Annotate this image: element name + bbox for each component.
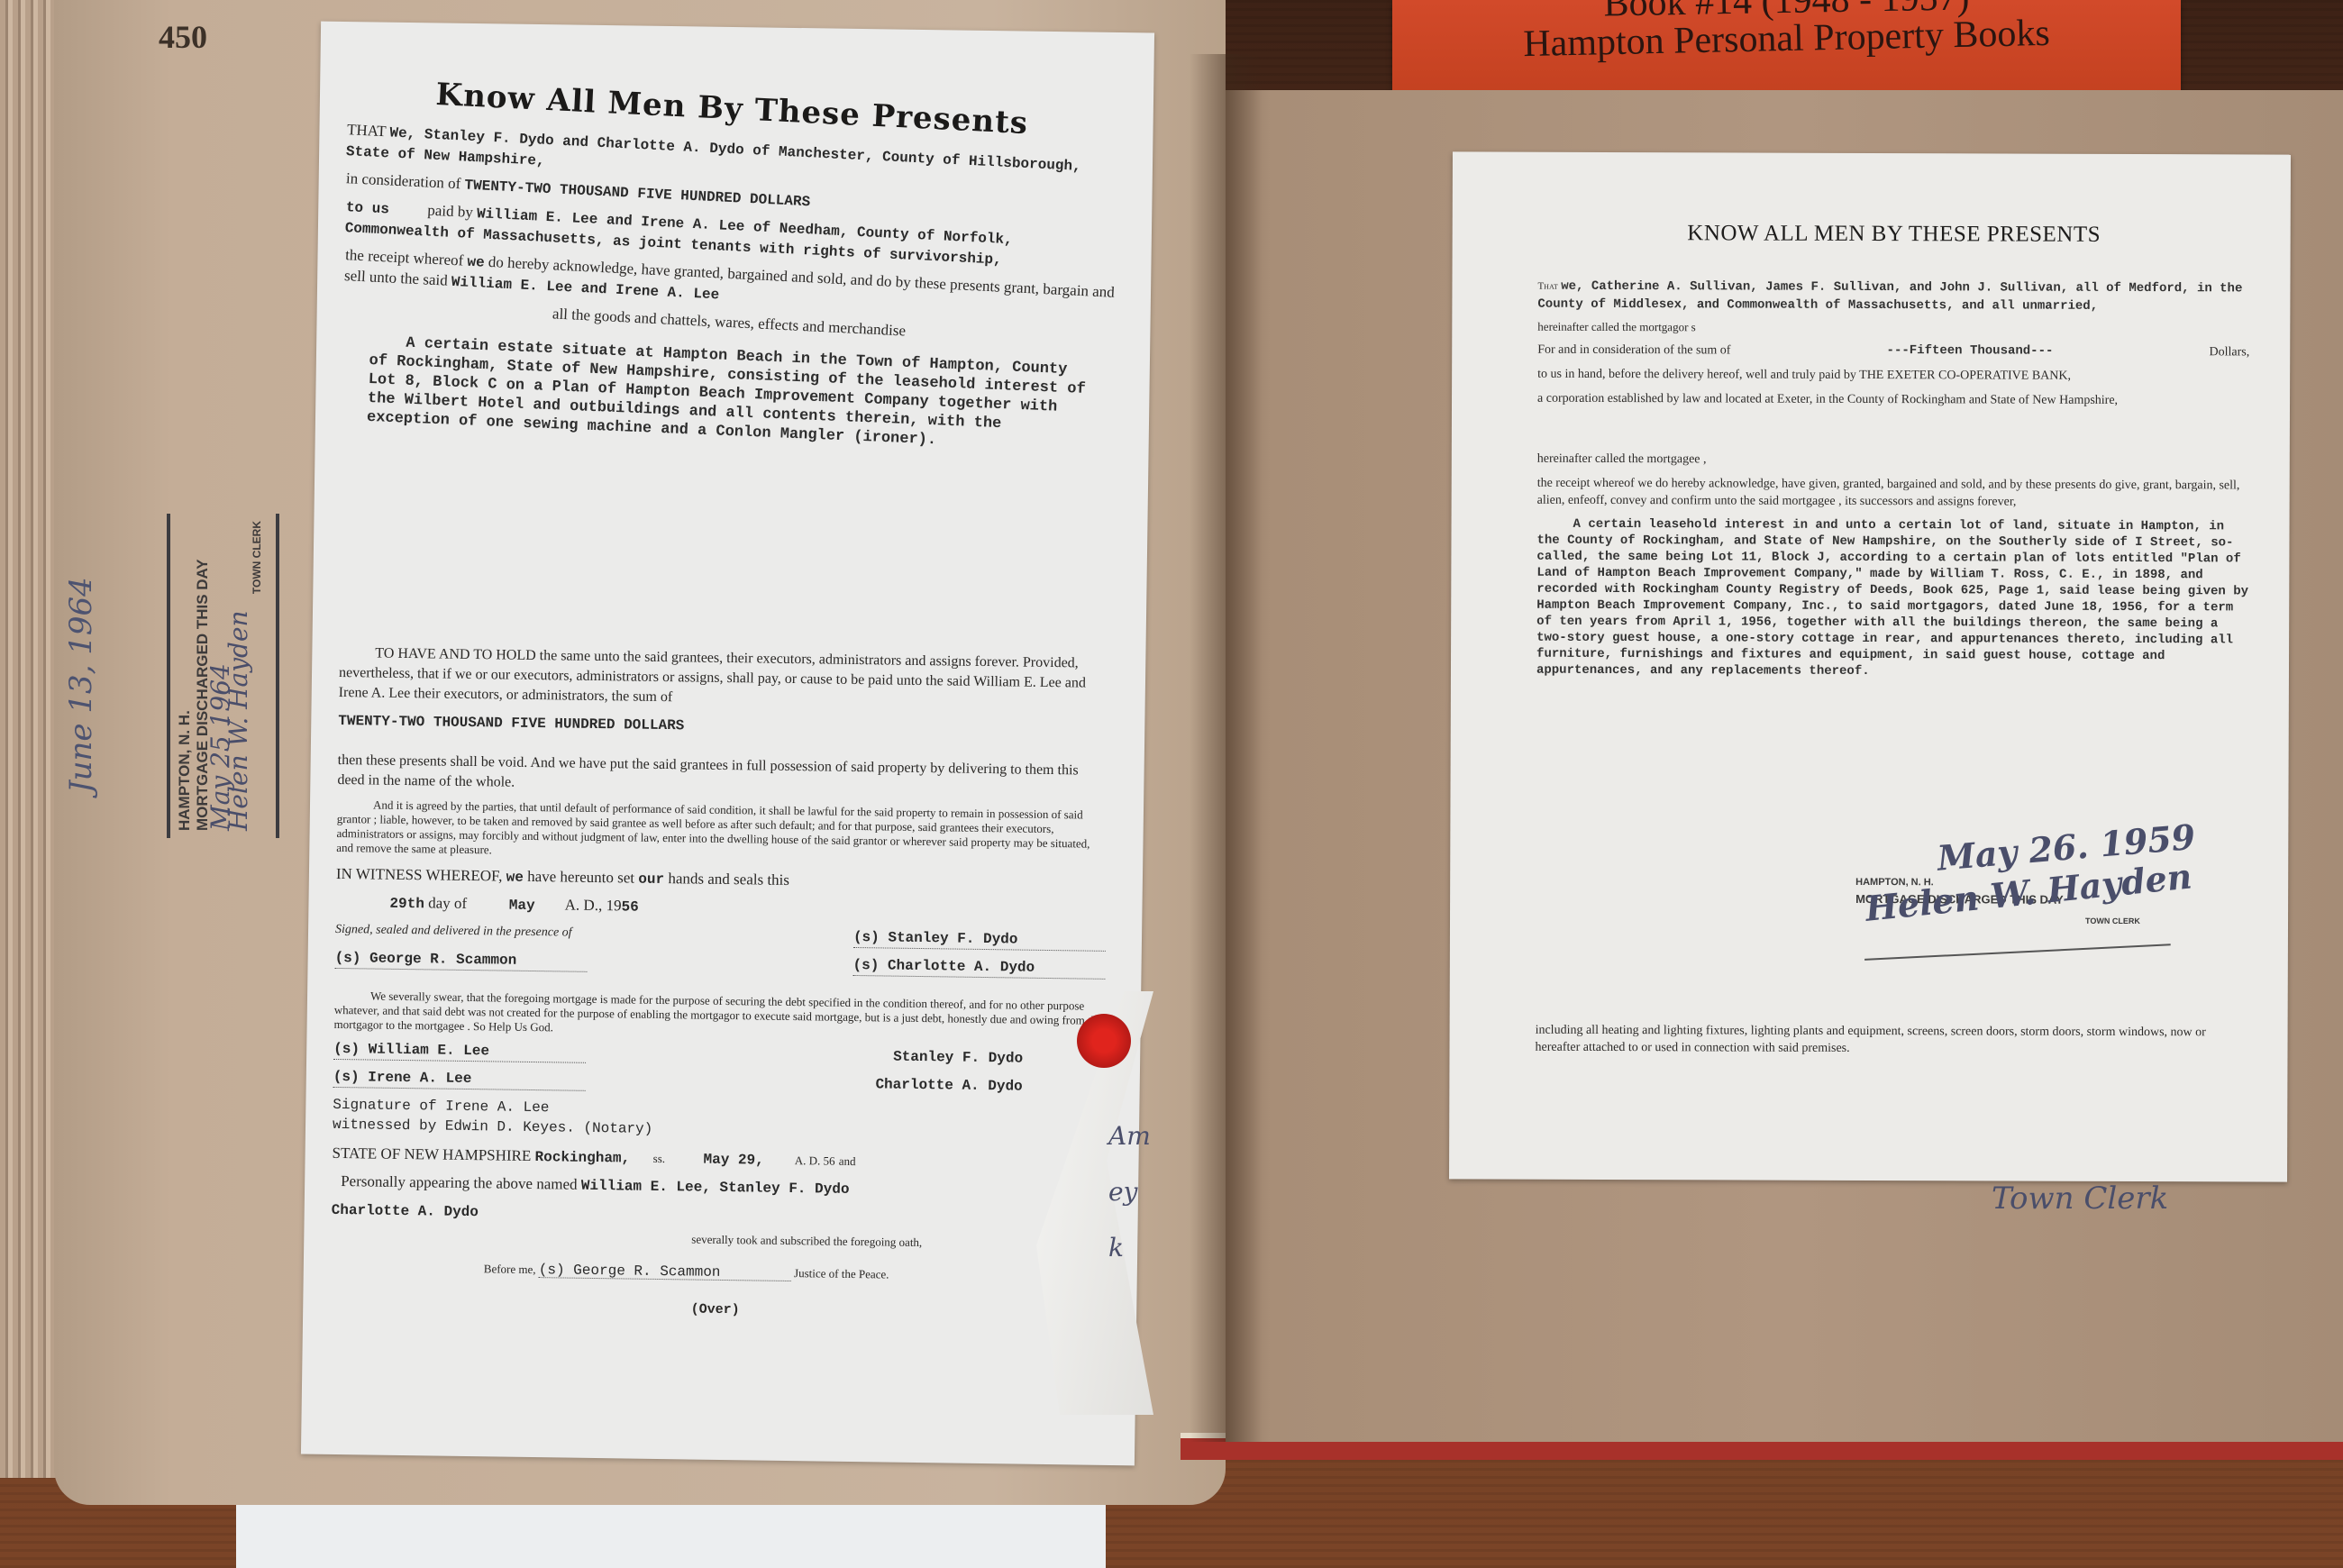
justice-title: Justice of the Peace. [794, 1266, 889, 1281]
stamp-rule [1864, 944, 2171, 961]
oath-signature-william: (s) William E. Lee [333, 1039, 586, 1063]
mortgagors: we, Catherine A. Sullivan, James F. Sull… [1537, 279, 2242, 314]
oath-signature-irene: (s) Irene A. Lee [333, 1067, 586, 1091]
consideration-prefix: in consideration of [346, 169, 461, 192]
acknowledgment-date: May 29, [703, 1152, 763, 1169]
we-typed: we [467, 254, 485, 271]
witness-our: our [638, 871, 664, 888]
before-me-label: Before me, [484, 1262, 536, 1276]
that-prefix: That [1537, 281, 1557, 292]
fixtures-clause: including all heating and lighting fixtu… [1535, 1022, 2238, 1059]
witness-set-text: have hereunto set [527, 868, 634, 887]
appearing-name-charlotte: Charlotte A. Dydo [332, 1202, 479, 1220]
habendum-amount: TWENTY-TWO THOUSAND FIVE HUNDRED DOLLARS [338, 713, 684, 734]
witness-day-of: day of [428, 894, 467, 912]
margin-hand-line-1: Am [1108, 1108, 1151, 1164]
stamp-clerk-label: TOWN CLERK [2085, 913, 2140, 930]
receipt-clause: the receipt whereof we do hereby acknowl… [1537, 475, 2249, 512]
stamp-text: HAMPTON, N. H. MORTGAGE DISCHARGED THIS … [170, 514, 271, 838]
witness-month: May [509, 898, 535, 914]
signature-charlotte: (s) Charlotte A. Dydo [852, 955, 1105, 980]
oath-clause: We severally swear, that the foregoing m… [333, 989, 1105, 1043]
county: Rockingham, [534, 1149, 630, 1166]
margin-handwriting: Am ey k [1108, 1108, 1151, 1276]
page-number: 450 [159, 18, 207, 56]
stamp-location: HAMPTON, N. H. [176, 521, 194, 831]
property-description: A certain leasehold interest in and unto… [1536, 516, 2249, 681]
left-discharge-stamp: HAMPTON, N. H. MORTGAGE DISCHARGED THIS … [167, 514, 279, 838]
document-title: KNOW ALL MEN BY THESE PRESENTS [1538, 224, 2250, 244]
margin-hand-line-2: ey [1108, 1164, 1151, 1220]
habendum-clause: TO HAVE AND TO HOLD the same unto the sa… [339, 643, 1110, 714]
book-spine [1190, 54, 1262, 1442]
state-line: STATE OF NEW HAMPSHIRE [332, 1144, 531, 1164]
and-label: and [839, 1154, 856, 1168]
oath-signature-charlotte: Charlotte A. Dydo [875, 1074, 1023, 1097]
witness-we: we [506, 870, 524, 886]
ss-label: ss. [653, 1152, 666, 1165]
witness-year-prefix: A. D., 19 [565, 896, 622, 914]
consideration-amount: ---Fifteen Thousand--- [1887, 342, 2054, 360]
mortgagee-label: hereinafter called the mortgagee , [1537, 451, 2249, 470]
dollars-label: Dollars, [2209, 343, 2249, 360]
real-estate-mortgage-document: KNOW ALL MEN BY THESE PRESENTS That we, … [1449, 151, 2291, 1181]
mortgagor-label: hereinafter called the mortgagor s [1537, 320, 2249, 337]
appearing-names: William E. Lee, Stanley F. Dydo [581, 1178, 850, 1198]
paid-by-text: to us in hand, before the delivery hereo… [1537, 366, 2249, 386]
consideration-prefix: For and in consideration of the sum of [1537, 342, 1730, 360]
paid-by-prefix: paid by [427, 202, 473, 221]
witness-hands-seals: hands and seals this [668, 870, 789, 889]
margin-hand-line-3: k [1108, 1220, 1151, 1276]
justice-signature: (s) George R. Scammon [539, 1263, 791, 1281]
signature-stanley: (s) Stanley F. Dydo [853, 927, 1106, 952]
personally-appearing: Personally appearing the above named [341, 1172, 578, 1193]
right-discharge-stamp: May 26. 1959 HAMPTON, N. H. MORTGAGE DIS… [1855, 847, 2198, 956]
that-prefix: THAT [347, 121, 387, 140]
over-indicator: (Over) [330, 1295, 1100, 1326]
red-wax-seal [1077, 1014, 1131, 1068]
receipt-text: the receipt whereof [345, 246, 464, 269]
witness-prefix: IN WITNESS WHEREOF, [336, 865, 503, 885]
page-handwritten-note: Town Clerk [1992, 1181, 2168, 1217]
witness-year: 56 [621, 898, 638, 915]
witness-day: 29th [389, 896, 424, 913]
oath-signature-stanley: Stanley F. Dydo [893, 1047, 1023, 1070]
witness-signature-scammon: (s) George R. Scammon [334, 948, 587, 972]
stamp-signature: Helen W. Hayden [230, 521, 248, 831]
subscribed-text: severally took and subscribed the forego… [331, 1227, 1101, 1253]
to-us: to us [345, 199, 389, 217]
chattel-mortgage-document: Know All Men By These Presents THAT We, … [301, 22, 1154, 1466]
ad-year: A. D. 56 [795, 1153, 835, 1168]
agreement-clause: And it is agreed by the parties, that un… [336, 798, 1108, 866]
corporation-text: a corporation established by law and loc… [1537, 390, 2249, 410]
margin-handwritten-date: June 13, 1964 [63, 577, 99, 793]
signed-presence-label: Signed, sealed and delivered in the pres… [335, 920, 572, 944]
